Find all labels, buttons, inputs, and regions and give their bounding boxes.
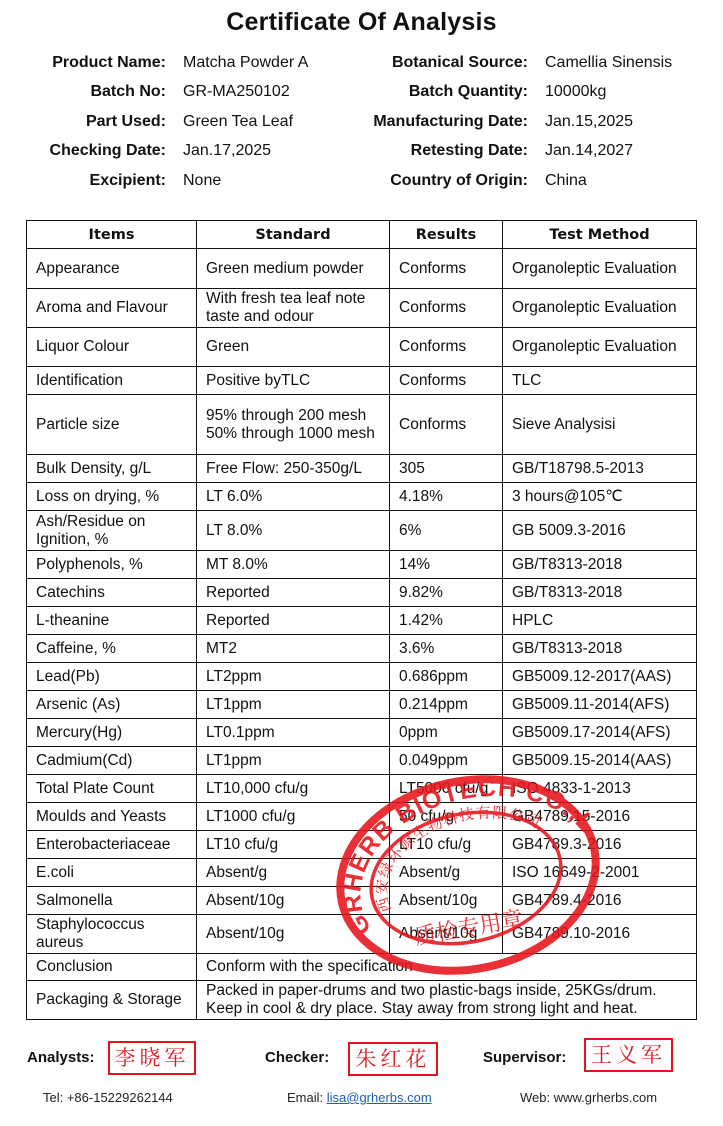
packaging-line-1: Packed in paper-drums and two plastic-ba… xyxy=(206,982,687,1000)
item-cell: Mercury(Hg) xyxy=(27,719,197,747)
table-row: Loss on drying, %LT 6.0%4.18%3 hours@105… xyxy=(27,483,697,511)
conclusion-label: Conclusion xyxy=(27,954,197,981)
item-cell: Salmonella xyxy=(27,887,197,915)
footer-email-label: Email: xyxy=(287,1090,327,1105)
country-of-origin-label: Country of Origin: xyxy=(390,171,528,191)
result-cell: LT10 cfu/g xyxy=(390,831,503,859)
table-row: EnterobacteriaceaeLT10 cfu/gLT10 cfu/gGB… xyxy=(27,831,697,859)
header-results: Results xyxy=(390,221,503,249)
standard-cell: Reported xyxy=(197,579,390,607)
item-cell: Ash/Residue on Ignition, % xyxy=(27,511,197,551)
item-cell: Identification xyxy=(27,367,197,395)
table-row: Particle size95% through 200 mesh 50% th… xyxy=(27,395,697,455)
analysts-signature: 李晓军 xyxy=(108,1041,196,1075)
standard-cell: LT1ppm xyxy=(197,747,390,775)
item-cell: Polyphenols, % xyxy=(27,551,197,579)
item-cell: Loss on drying, % xyxy=(27,483,197,511)
packaging-line-2: Keep in cool & dry place. Stay away from… xyxy=(206,1000,687,1018)
item-cell: Arsenic (As) xyxy=(27,691,197,719)
item-cell: Cadmium(Cd) xyxy=(27,747,197,775)
item-cell: Staphylococcus aureus xyxy=(27,915,197,954)
table-row: AppearanceGreen medium powderConformsOrg… xyxy=(27,249,697,289)
standard-cell: LT 6.0% xyxy=(197,483,390,511)
result-cell: 0.686ppm xyxy=(390,663,503,691)
test-method-cell: GB5009.15-2014(AAS) xyxy=(503,747,697,775)
test-method-cell: GB/T8313-2018 xyxy=(503,579,697,607)
email-link[interactable]: lisa@grherbs.com xyxy=(327,1090,432,1105)
conclusion-value: Conform with the specification xyxy=(197,954,697,981)
standard-cell: Absent/10g xyxy=(197,887,390,915)
table-row: Cadmium(Cd)LT1ppm0.049ppmGB5009.15-2014(… xyxy=(27,747,697,775)
checker-label: Checker: xyxy=(265,1049,329,1066)
retesting-date-label: Retesting Date: xyxy=(411,141,528,161)
standard-cell: 95% through 200 mesh 50% through 1000 me… xyxy=(197,395,390,455)
part-used-label: Part Used: xyxy=(86,112,166,132)
part-used-value: Green Tea Leaf xyxy=(183,112,293,132)
item-cell: Appearance xyxy=(27,249,197,289)
item-cell: L-theanine xyxy=(27,607,197,635)
supervisor-label: Supervisor: xyxy=(483,1049,566,1066)
test-method-cell: ISO 4833-1-2013 xyxy=(503,775,697,803)
footer-tel: Tel: +86-15229262144 xyxy=(43,1090,173,1105)
footer-web: Web: www.grherbs.com xyxy=(520,1090,657,1105)
checking-date-value: Jan.17,2025 xyxy=(183,141,271,161)
standard-cell: LT1000 cfu/g xyxy=(197,803,390,831)
test-method-cell: GB4789.15-2016 xyxy=(503,803,697,831)
table-row: Caffeine, %MT23.6%GB/T8313-2018 xyxy=(27,635,697,663)
standard-cell: With fresh tea leaf note taste and odour xyxy=(197,289,390,328)
test-method-cell: HPLC xyxy=(503,607,697,635)
standard-cell: Absent/10g xyxy=(197,915,390,954)
footer-email: Email: lisa@grherbs.com xyxy=(287,1090,432,1105)
item-cell: Aroma and Flavour xyxy=(27,289,197,328)
result-cell: 9.82% xyxy=(390,579,503,607)
result-cell: Conforms xyxy=(390,249,503,289)
item-cell: Particle size xyxy=(27,395,197,455)
result-cell: 305 xyxy=(390,455,503,483)
result-cell: Absent/g xyxy=(390,859,503,887)
test-method-cell: GB/T18798.5-2013 xyxy=(503,455,697,483)
standard-cell: Positive byTLC xyxy=(197,367,390,395)
result-cell: Absent/10g xyxy=(390,887,503,915)
header-test-method: Test Method xyxy=(503,221,697,249)
table-row: CatechinsReported9.82%GB/T8313-2018 xyxy=(27,579,697,607)
test-method-cell: GB 5009.3-2016 xyxy=(503,511,697,551)
retesting-date-value: Jan.14,2027 xyxy=(545,141,633,161)
batch-no-value: GR-MA250102 xyxy=(183,82,290,102)
supervisor-signature: 王义军 xyxy=(584,1038,673,1072)
result-cell: Conforms xyxy=(390,395,503,455)
result-cell: LT5000 cfu/g xyxy=(390,775,503,803)
result-cell: 3.6% xyxy=(390,635,503,663)
standard-cell: LT1ppm xyxy=(197,691,390,719)
item-cell: Liquor Colour xyxy=(27,328,197,367)
batch-quantity-label: Batch Quantity: xyxy=(409,82,528,102)
test-method-cell: GB5009.11-2014(AFS) xyxy=(503,691,697,719)
item-cell: Bulk Density, g/L xyxy=(27,455,197,483)
test-method-cell: 3 hours@105℃ xyxy=(503,483,697,511)
checker-signature: 朱红花 xyxy=(348,1042,438,1076)
item-cell: Enterobacteriaceae xyxy=(27,831,197,859)
header-standard: Standard xyxy=(197,221,390,249)
botanical-source-label: Botanical Source: xyxy=(392,53,528,73)
result-cell: 0.049ppm xyxy=(390,747,503,775)
standard-cell: LT10 cfu/g xyxy=(197,831,390,859)
excipient-label: Excipient: xyxy=(90,171,166,191)
product-name-value: Matcha Powder A xyxy=(183,53,308,73)
checking-date-label: Checking Date: xyxy=(50,141,166,161)
result-cell: Conforms xyxy=(390,328,503,367)
standard-cell: LT 8.0% xyxy=(197,511,390,551)
item-cell: Total Plate Count xyxy=(27,775,197,803)
item-cell: Lead(Pb) xyxy=(27,663,197,691)
result-cell: 1.42% xyxy=(390,607,503,635)
table-row: Arsenic (As)LT1ppm0.214ppmGB5009.11-2014… xyxy=(27,691,697,719)
standard-cell: Absent/g xyxy=(197,859,390,887)
table-row: Total Plate CountLT10,000 cfu/gLT5000 cf… xyxy=(27,775,697,803)
test-method-cell: Organoleptic Evaluation xyxy=(503,328,697,367)
table-row: Moulds and YeastsLT1000 cfu/g50 cfu/gGB4… xyxy=(27,803,697,831)
packaging-row: Packaging & Storage Packed in paper-drum… xyxy=(27,981,697,1020)
header-items: Items xyxy=(27,221,197,249)
standard-cell: Green xyxy=(197,328,390,367)
test-method-cell: GB/T8313-2018 xyxy=(503,635,697,663)
conclusion-row: Conclusion Conform with the specificatio… xyxy=(27,954,697,981)
result-cell: 14% xyxy=(390,551,503,579)
standard-cell: LT0.1ppm xyxy=(197,719,390,747)
table-row: Staphylococcus aureusAbsent/10gAbsent/10… xyxy=(27,915,697,954)
test-method-cell: GB4789.3-2016 xyxy=(503,831,697,859)
test-method-cell: TLC xyxy=(503,367,697,395)
test-method-cell: GB4789.10-2016 xyxy=(503,915,697,954)
result-cell: Conforms xyxy=(390,289,503,328)
standard-cell: MT 8.0% xyxy=(197,551,390,579)
standard-cell: Green medium powder xyxy=(197,249,390,289)
standard-cell: Free Flow: 250-350g/L xyxy=(197,455,390,483)
test-method-cell: GB4789.4-2016 xyxy=(503,887,697,915)
result-cell: 4.18% xyxy=(390,483,503,511)
item-cell: Caffeine, % xyxy=(27,635,197,663)
result-cell: Absent/10g xyxy=(390,915,503,954)
botanical-source-value: Camellia Sinensis xyxy=(545,53,672,73)
manufacturing-date-label: Manufacturing Date: xyxy=(373,112,528,132)
item-cell: E.coli xyxy=(27,859,197,887)
test-method-cell: GB/T8313-2018 xyxy=(503,551,697,579)
table-row: SalmonellaAbsent/10gAbsent/10gGB4789.4-2… xyxy=(27,887,697,915)
item-cell: Catechins xyxy=(27,579,197,607)
item-cell: Moulds and Yeasts xyxy=(27,803,197,831)
analysis-table: Items Standard Results Test Method Appea… xyxy=(26,220,697,1020)
standard-cell: MT2 xyxy=(197,635,390,663)
result-cell: 50 cfu/g xyxy=(390,803,503,831)
table-row: IdentificationPositive byTLCConformsTLC xyxy=(27,367,697,395)
test-method-cell: Sieve Analysisi xyxy=(503,395,697,455)
test-method-cell: Organoleptic Evaluation xyxy=(503,249,697,289)
standard-cell: LT10,000 cfu/g xyxy=(197,775,390,803)
product-name-label: Product Name: xyxy=(52,53,166,73)
standard-cell: LT2ppm xyxy=(197,663,390,691)
test-method-cell: Organoleptic Evaluation xyxy=(503,289,697,328)
analysts-label: Analysts: xyxy=(27,1049,95,1066)
table-row: E.coliAbsent/gAbsent/gISO 16649-2-2001 xyxy=(27,859,697,887)
table-row: Ash/Residue on Ignition, %LT 8.0%6%GB 50… xyxy=(27,511,697,551)
product-info: Product Name: Matcha Powder A Batch No: … xyxy=(0,0,723,200)
manufacturing-date-value: Jan.15,2025 xyxy=(545,112,633,132)
test-method-cell: GB5009.12-2017(AAS) xyxy=(503,663,697,691)
result-cell: Conforms xyxy=(390,367,503,395)
excipient-value: None xyxy=(183,171,221,191)
table-row: Polyphenols, %MT 8.0%14%GB/T8313-2018 xyxy=(27,551,697,579)
table-row: Mercury(Hg)LT0.1ppm0ppmGB5009.17-2014(AF… xyxy=(27,719,697,747)
packaging-value: Packed in paper-drums and two plastic-ba… xyxy=(197,981,697,1020)
country-of-origin-value: China xyxy=(545,171,587,191)
result-cell: 0ppm xyxy=(390,719,503,747)
result-cell: 6% xyxy=(390,511,503,551)
table-row: L-theanineReported1.42%HPLC xyxy=(27,607,697,635)
table-row: Bulk Density, g/LFree Flow: 250-350g/L30… xyxy=(27,455,697,483)
table-row: Liquor ColourGreenConformsOrganoleptic E… xyxy=(27,328,697,367)
result-cell: 0.214ppm xyxy=(390,691,503,719)
test-method-cell: GB5009.17-2014(AFS) xyxy=(503,719,697,747)
batch-no-label: Batch No: xyxy=(90,82,166,102)
test-method-cell: ISO 16649-2-2001 xyxy=(503,859,697,887)
batch-quantity-value: 10000kg xyxy=(545,82,606,102)
standard-cell: Reported xyxy=(197,607,390,635)
packaging-label: Packaging & Storage xyxy=(27,981,197,1020)
table-header-row: Items Standard Results Test Method xyxy=(27,221,697,249)
table-row: Aroma and FlavourWith fresh tea leaf not… xyxy=(27,289,697,328)
table-row: Lead(Pb)LT2ppm0.686ppmGB5009.12-2017(AAS… xyxy=(27,663,697,691)
